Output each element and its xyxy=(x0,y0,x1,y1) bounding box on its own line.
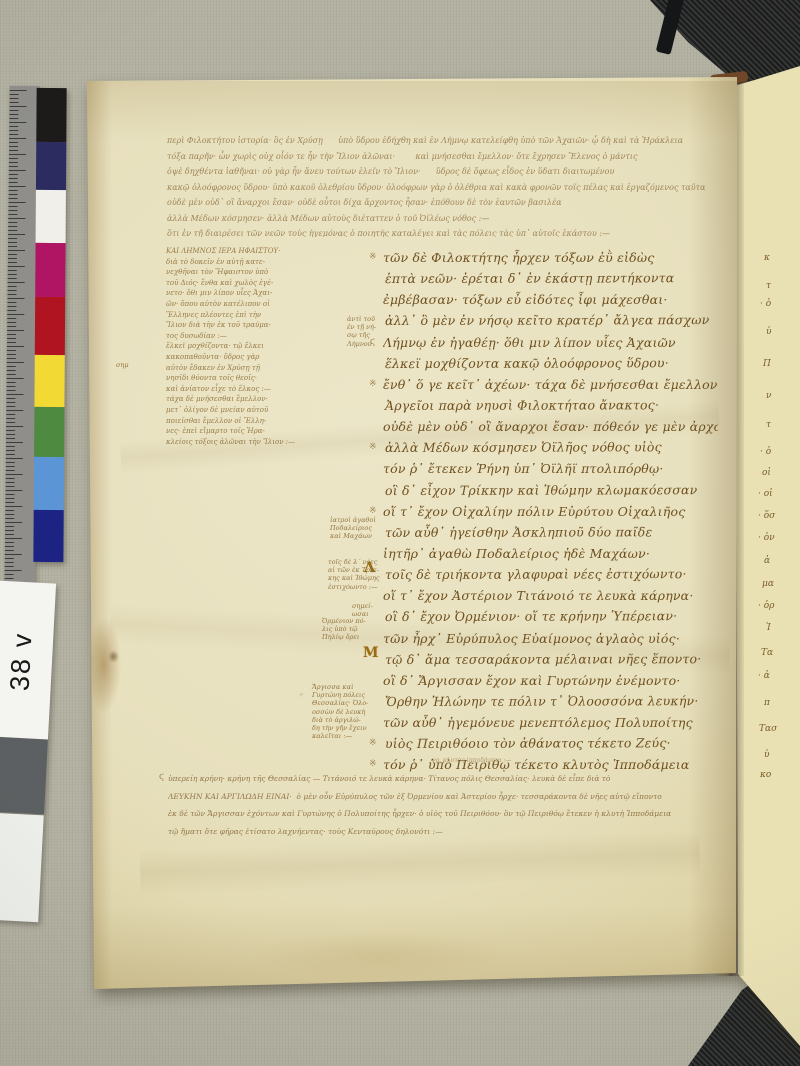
color-patch-white xyxy=(36,190,66,243)
gray-card xyxy=(0,737,48,815)
folio-label-card: 38 v xyxy=(0,581,56,742)
calibration-equipment: 38 v xyxy=(0,0,800,1066)
color-patch-red xyxy=(35,297,65,355)
folio-label: 38 v xyxy=(5,631,39,692)
color-patch-black xyxy=(36,88,66,142)
color-patch-dark-blue xyxy=(33,510,63,562)
color-patch-green xyxy=(34,407,64,457)
color-patch-navy-blue xyxy=(36,142,66,190)
color-patch-magenta xyxy=(35,243,65,297)
color-patch-light-blue xyxy=(34,457,64,510)
color-patch-yellow xyxy=(34,355,64,407)
calibration-color-bar xyxy=(33,88,66,562)
manuscript-photo: περὶ Φιλοκτήτου ἱστορία· ὃς ἐν Χρύσῃ ὑπὸ… xyxy=(0,0,800,1066)
white-card xyxy=(0,813,44,923)
